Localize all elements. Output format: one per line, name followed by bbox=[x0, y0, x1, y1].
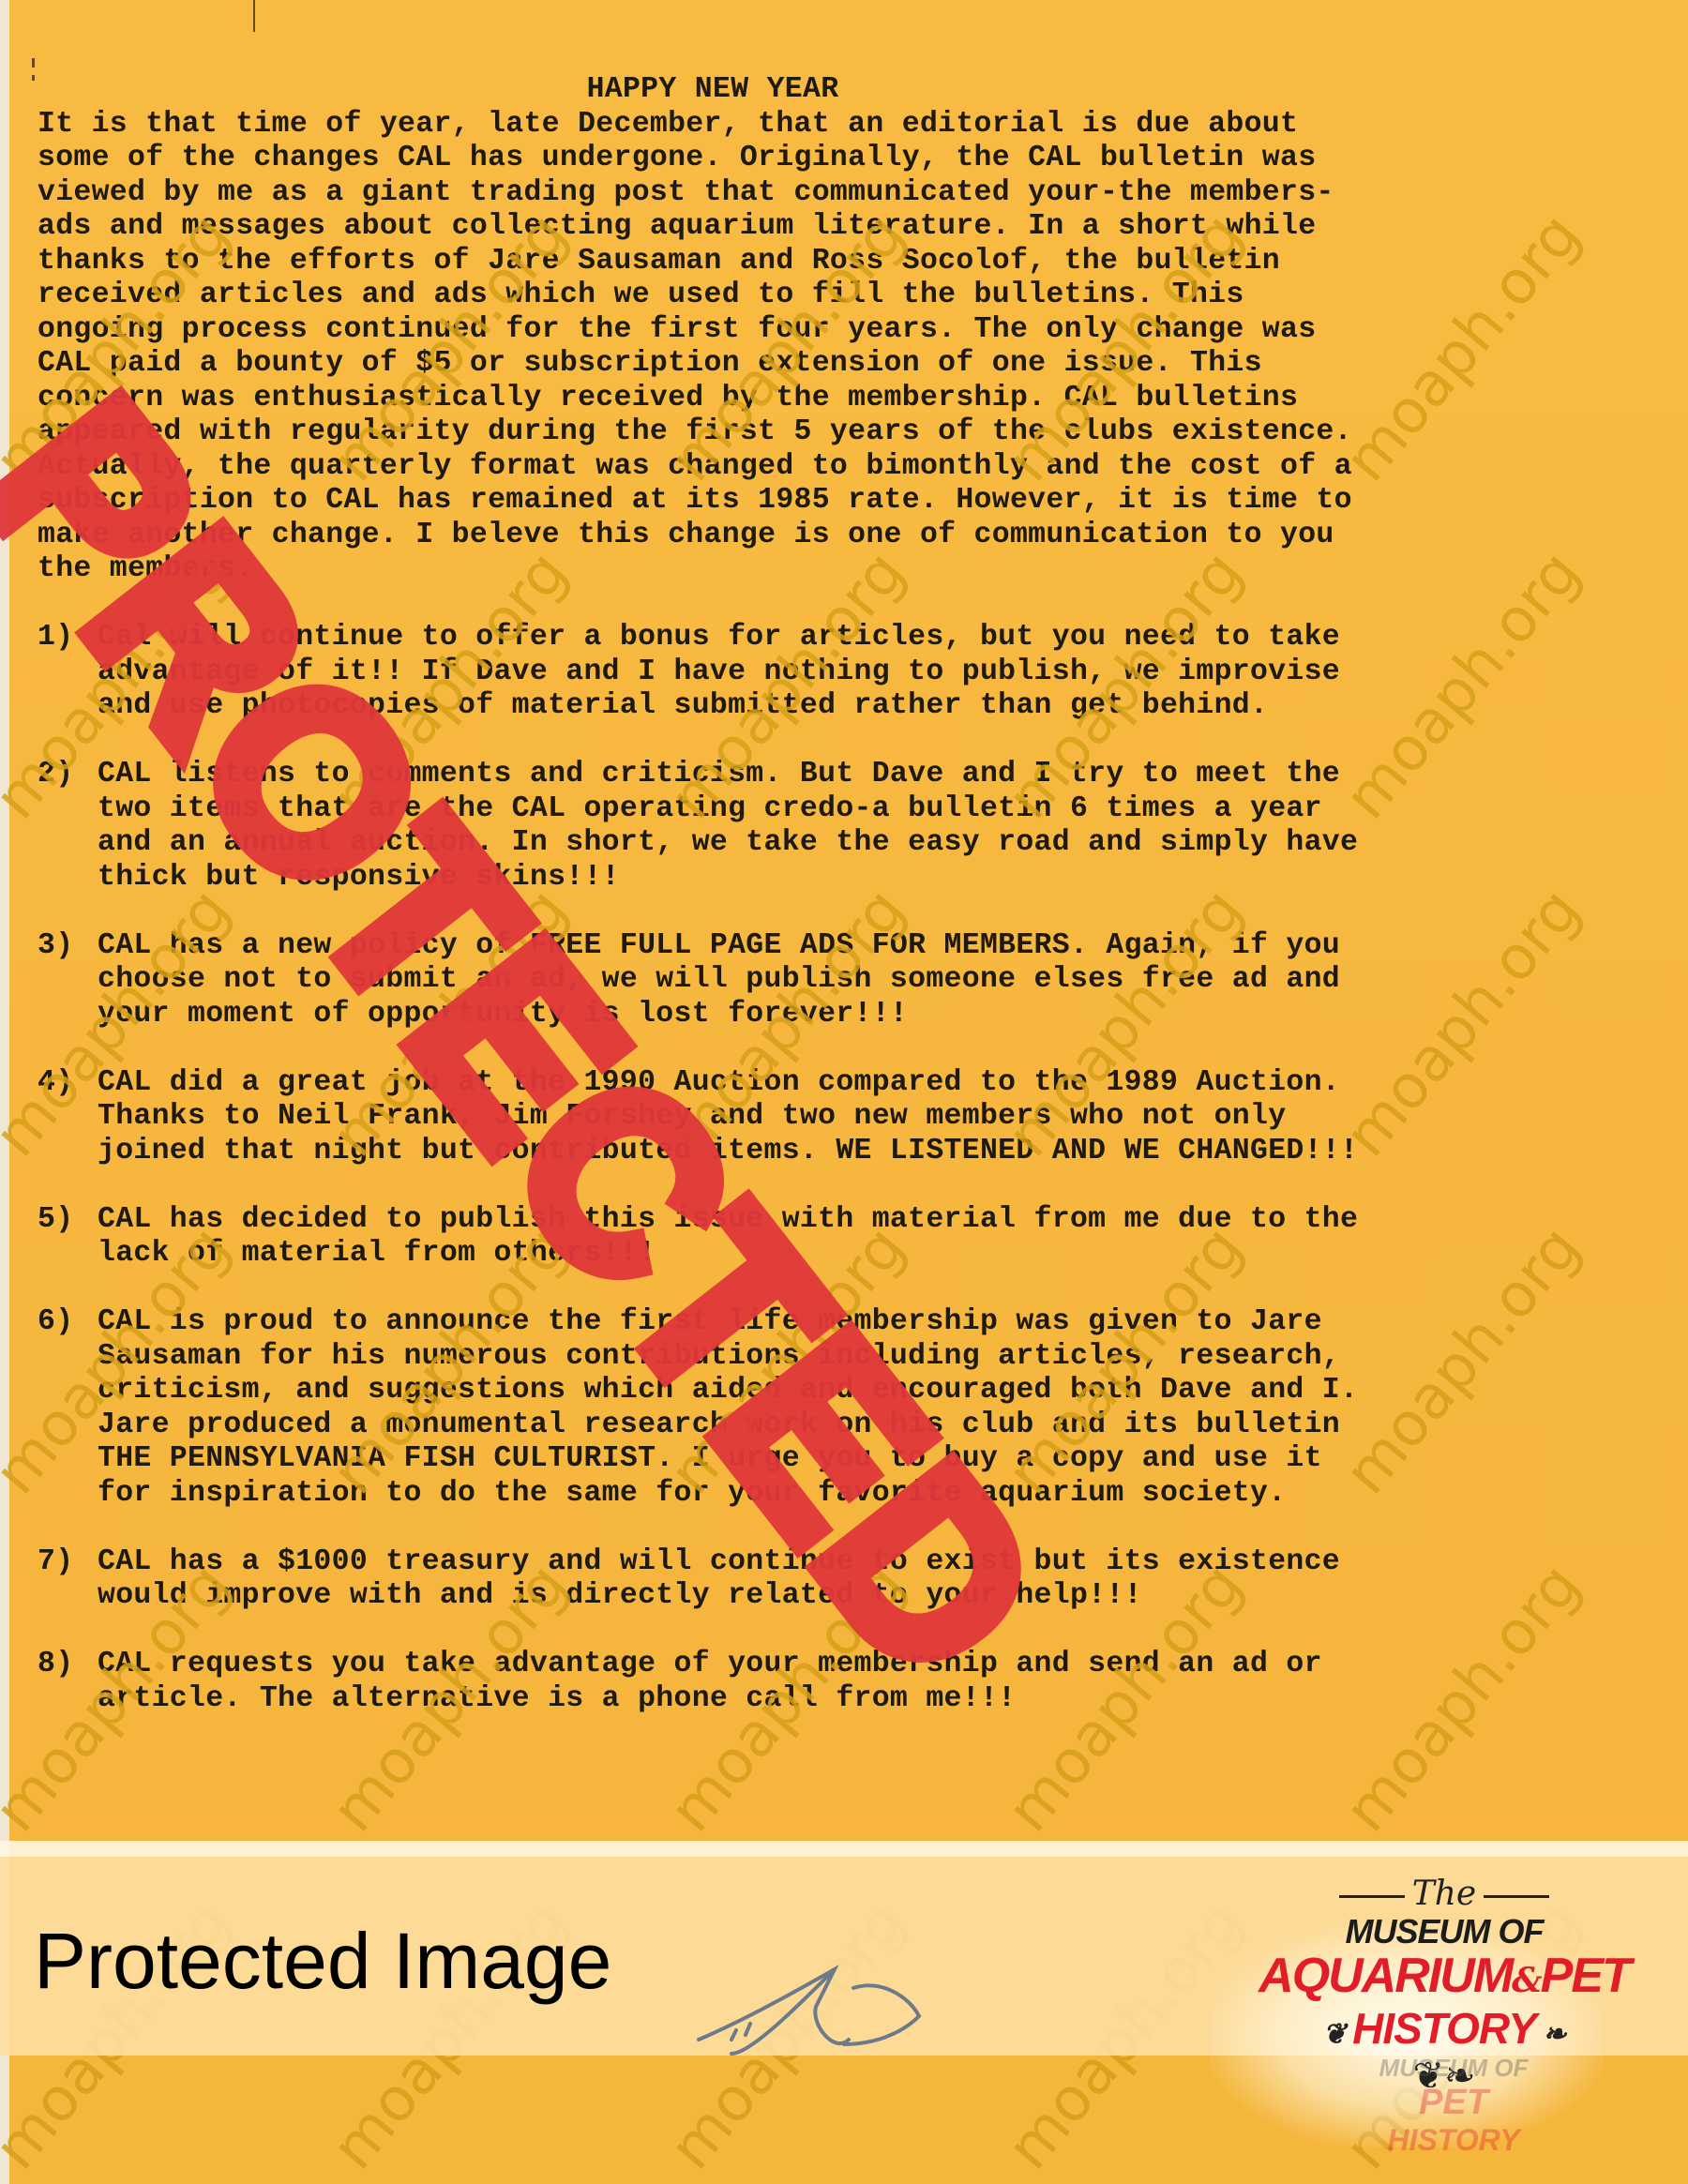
logo-ampersand: & bbox=[1512, 1961, 1541, 2000]
ornamental-flourish-icon: ❦ bbox=[1323, 2019, 1352, 2050]
list-item-number: 5) bbox=[38, 1203, 98, 1272]
logo-history-text: HISTORY bbox=[1352, 2004, 1536, 2053]
logo-aquarium: AQUARIUM bbox=[1258, 1949, 1512, 2003]
logo-aquarium-pet: AQUARIUM&PET bbox=[1228, 1951, 1660, 2006]
protected-image-label: Protected Image bbox=[34, 1916, 611, 2007]
list-item-text: CAL requests you take advantage of your … bbox=[98, 1648, 1322, 1716]
list-item-number: 8) bbox=[38, 1648, 98, 1716]
scan-mark bbox=[253, 0, 255, 32]
list-item: 3)CAL has a new policy of FREE FULL PAGE… bbox=[38, 929, 1519, 1032]
logo-museum-of: MUSEUM OF bbox=[1228, 1913, 1660, 1951]
list-item-number: 3) bbox=[38, 929, 98, 1032]
document-title: HAPPY NEW YEAR bbox=[38, 73, 1332, 108]
signature-scribble-icon bbox=[694, 1951, 938, 2063]
list-item-number: 7) bbox=[38, 1545, 98, 1614]
museum-logo: The MUSEUM OF AQUARIUM&PET ❦ HISTORY ❧ ❦… bbox=[1228, 1875, 1660, 2072]
list-item-number: 6) bbox=[38, 1305, 98, 1511]
logo-ghost-watermark: MUSEUM OF PET HISTORY bbox=[1313, 2054, 1594, 2158]
list-item: 4)CAL did a great job at the 1990 Auctio… bbox=[38, 1066, 1519, 1169]
list-item: 8)CAL requests you take advantage of you… bbox=[38, 1648, 1519, 1716]
scan-mark bbox=[32, 58, 35, 68]
logo-history: ❦ HISTORY ❧ bbox=[1228, 2006, 1660, 2057]
list-item-text: CAL has a $1000 treasury and will contin… bbox=[98, 1545, 1340, 1614]
logo-pet: PET bbox=[1541, 1949, 1630, 2003]
scan-mark bbox=[32, 75, 35, 81]
banner-top-strip bbox=[0, 1841, 1688, 1857]
logo-the: The bbox=[1228, 1875, 1660, 1913]
list-item-number: 2) bbox=[38, 758, 98, 895]
list-item-number: 4) bbox=[38, 1066, 98, 1169]
ornamental-flourish-icon: ❧ bbox=[1536, 2019, 1565, 2050]
